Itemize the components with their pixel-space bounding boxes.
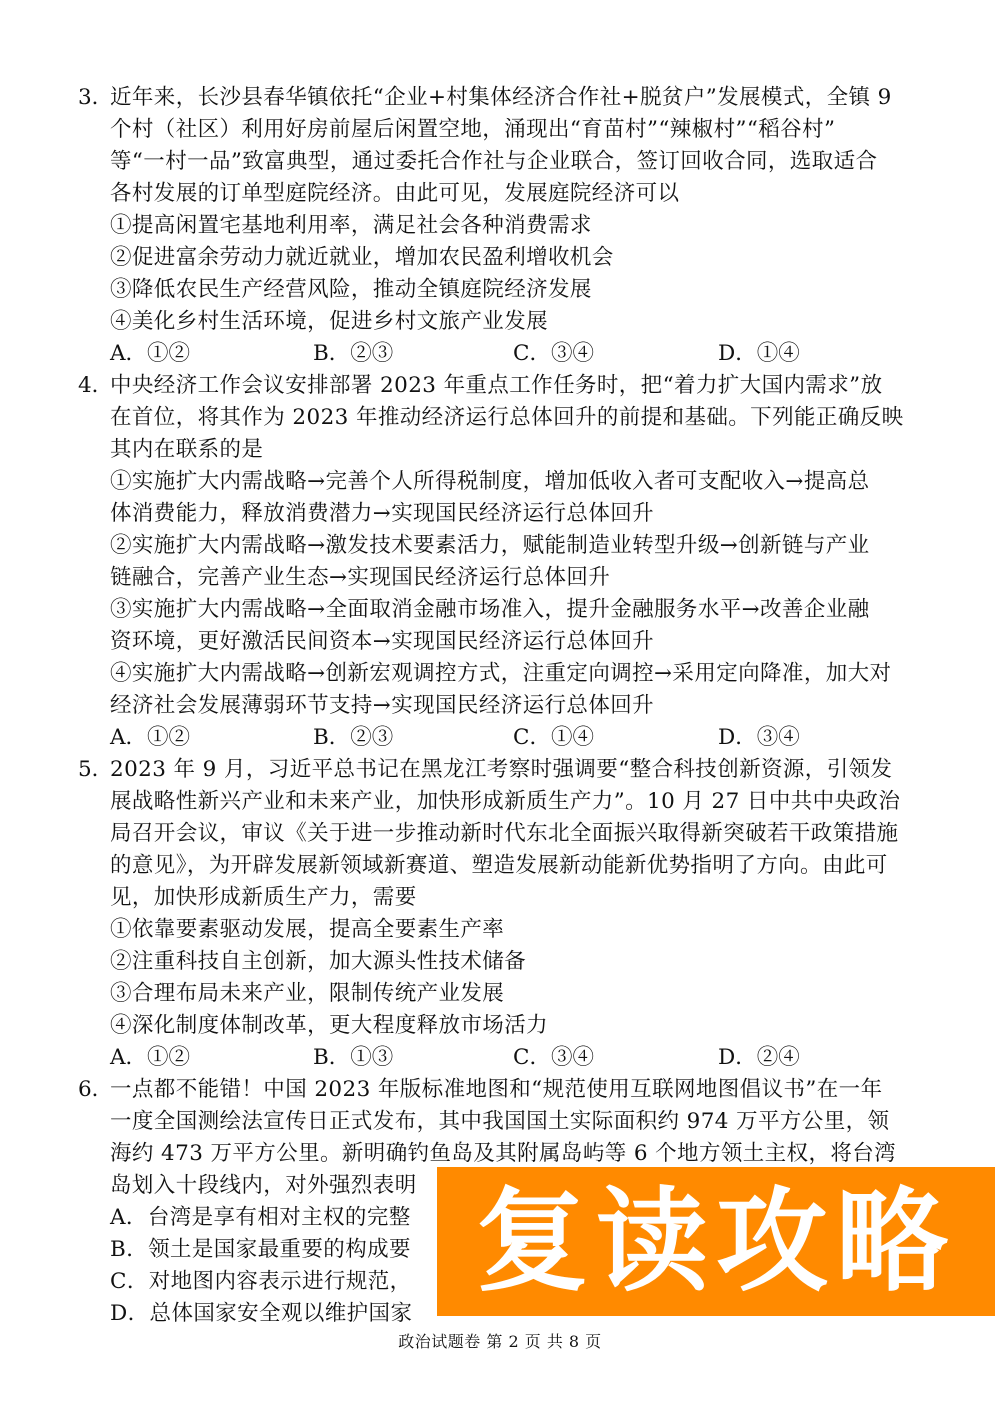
- statement-item: ②促进富余劳动力就近就业，增加农民盈利增收机会: [110, 242, 614, 274]
- question-number: 5．: [78, 754, 113, 786]
- statement-item: ①提高闲置宅基地利用率，满足社会各种消费需求: [110, 210, 592, 242]
- question-stem-line: 的意见》，为开辟发展新领域新赛道、塑造发展新动能新优势指明了方向。由此可: [110, 850, 888, 882]
- question-stem-line: 展战略性新兴产业和未来产业，加快形成新质生产力”。10 月 27 日中共中央政治: [110, 786, 900, 818]
- watermark-banner: 复读攻略: [437, 1167, 995, 1316]
- statement-item: ④深化制度体制改革，更大程度释放市场活力: [110, 1010, 548, 1042]
- question-number: 6．: [78, 1074, 113, 1106]
- statement-item: ①依靠要素驱动发展，提高全要素生产率: [110, 914, 504, 946]
- answer-option-d: D．③④: [718, 722, 800, 754]
- question-number: 3．: [78, 82, 113, 114]
- question-stem-line: 一点都不能错！中国 2023 年版标准地图和“规范使用互联网地图倡议书”在一年: [110, 1074, 882, 1106]
- answer-option-b: B．②③: [313, 722, 393, 754]
- exam-page: 3． 近年来，长沙县春华镇依托“企业+村集体经济合作社+脱贫户”发展模式，全镇 …: [0, 0, 1000, 1412]
- question-stem-line: 中央经济工作会议安排部署 2023 年重点工作任务时，把“着力扩大国内需求”放: [110, 370, 882, 402]
- answer-option-c: C．③④: [513, 1042, 594, 1074]
- question-stem-line: 岛划入十段线内，对外强烈表明: [110, 1170, 417, 1202]
- question-stem-line: 其内在联系的是: [110, 434, 263, 466]
- question-stem-line: 等“一村一品”致富典型，通过委托合作社与企业联合，签订回收合同，选取适合: [110, 146, 877, 178]
- watermark-text: 复读攻略: [476, 1186, 956, 1298]
- answer-option-c: C．①④: [513, 722, 594, 754]
- question-stem-line: 在首位，将其作为 2023 年推动经济运行总体回升的前提和基础。下列能正确反映: [110, 402, 904, 434]
- question-stem-line: 个村（社区）利用好房前屋后闲置空地，涌现出“育苗村”“辣椒村”“稻谷村”: [110, 114, 835, 146]
- statement-item: ④美化乡村生活环境，促进乡村文旅产业发展: [110, 306, 548, 338]
- page-footer: 政治试题卷 第 2 页 共 8 页: [0, 1330, 1000, 1354]
- statement-item: ③降低农民生产经营风险，推动全镇庭院经济发展: [110, 274, 592, 306]
- statement-item: ①实施扩大内需战略→完善个人所得税制度，增加低收入者可支配收入→提高总: [110, 466, 870, 498]
- question-stem-line: 见，加快形成新质生产力，需要: [110, 882, 417, 914]
- answer-option-b: B．领土是国家最重要的构成要: [110, 1234, 411, 1266]
- answer-option-d: D．②④: [718, 1042, 800, 1074]
- statement-item: 经济社会发展薄弱环节支持→实现国民经济运行总体回升: [110, 690, 654, 722]
- answer-option-a: A．①②: [110, 338, 190, 370]
- answer-option-d: D．总体国家安全观以维护国家: [110, 1298, 412, 1330]
- statement-item: ③合理布局未来产业，限制传统产业发展: [110, 978, 504, 1010]
- question-stem-line: 局召开会议，审议《关于进一步推动新时代东北全面振兴取得新突破若干政策措施: [110, 818, 898, 850]
- statement-item: ③实施扩大内需战略→全面取消金融市场准入，提升金融服务水平→改善企业融: [110, 594, 870, 626]
- statement-item: 体消费能力，释放消费潜力→实现国民经济运行总体回升: [110, 498, 654, 530]
- answer-option-a: A．台湾是享有相对主权的完整: [110, 1202, 411, 1234]
- answer-option-a: A．①②: [110, 722, 190, 754]
- question-number: 4．: [78, 370, 113, 402]
- statement-item: 链融合，完善产业生态→实现国民经济运行总体回升: [110, 562, 610, 594]
- statement-item: 资环境，更好激活民间资本→实现国民经济运行总体回升: [110, 626, 654, 658]
- answer-option-a: A．①②: [110, 1042, 190, 1074]
- question-stem-line: 各村发展的订单型庭院经济。由此可见，发展庭院经济可以: [110, 178, 679, 210]
- question-stem-line: 一度全国测绘法宣传日正式发布，其中我国国土实际面积约 974 万平方公里，领: [110, 1106, 889, 1138]
- question-stem-line: 2023 年 9 月，习近平总书记在黑龙江考察时强调要“整合科技创新资源，引领发: [110, 754, 892, 786]
- statement-item: ②实施扩大内需战略→激发技术要素活力，赋能制造业转型升级→创新链与产业: [110, 530, 870, 562]
- answer-option-b: B．①③: [313, 1042, 393, 1074]
- answer-option-c: C．对地图内容表示进行规范，: [110, 1266, 412, 1298]
- statement-item: ②注重科技自主创新，加大源头性技术储备: [110, 946, 526, 978]
- answer-option-d: D．①④: [718, 338, 800, 370]
- statement-item: ④实施扩大内需战略→创新宏观调控方式，注重定向调控→采用定向降准，加大对: [110, 658, 891, 690]
- question-stem-line: 近年来，长沙县春华镇依托“企业+村集体经济合作社+脱贫户”发展模式，全镇 9: [110, 82, 892, 114]
- question-stem-line: 海约 473 万平方公里。新明确钓鱼岛及其附属岛屿等 6 个地方领土主权，将台湾: [110, 1138, 896, 1170]
- answer-option-b: B．②③: [313, 338, 393, 370]
- answer-option-c: C．③④: [513, 338, 594, 370]
